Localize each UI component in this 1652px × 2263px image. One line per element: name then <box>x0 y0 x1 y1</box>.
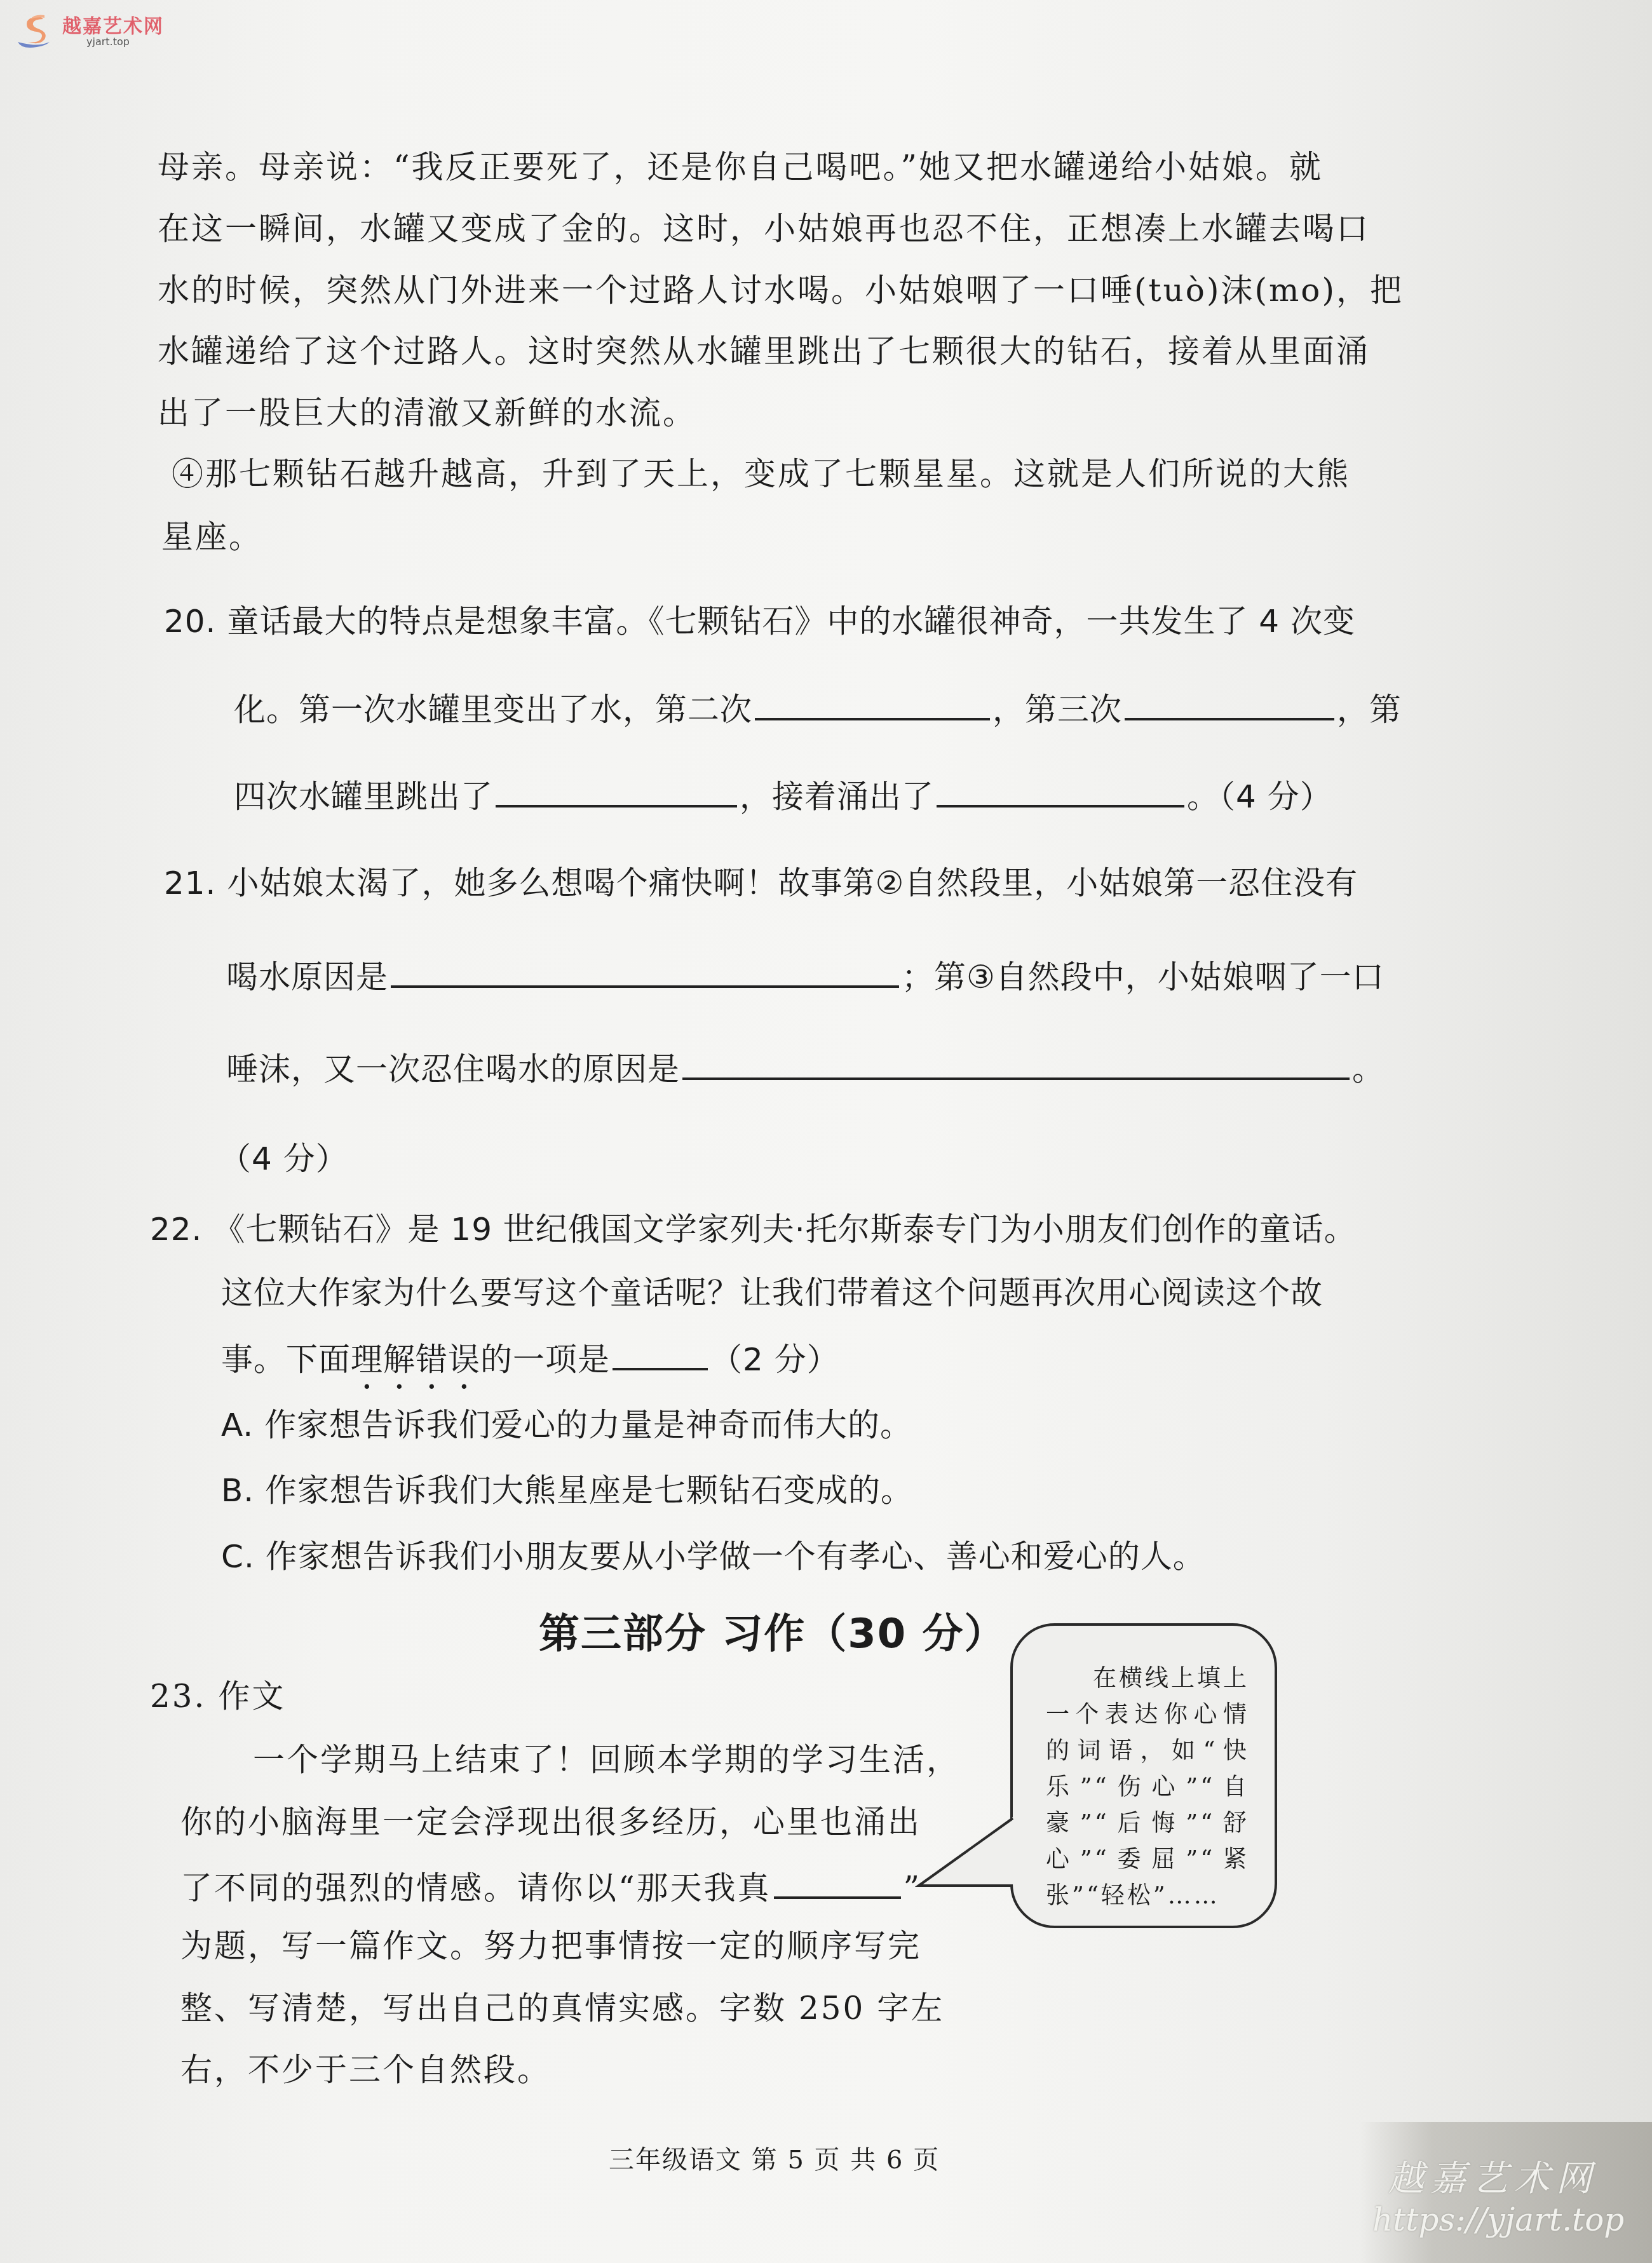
question-text: ，第三次 <box>992 691 1122 728</box>
watermark-url: https://yjart.top <box>1372 2201 1614 2238</box>
question-text: ，接着涌出了 <box>740 778 934 815</box>
question-text: 小姑娘太渴了，她多么想喝个痛快啊！故事第②自然段里，小姑娘第一忍住没有 <box>227 865 1358 902</box>
score-label: （4 分） <box>219 1140 348 1178</box>
passage-line: 在这一瞬间，水罐又变成了金的。这时，小姑娘再也忍不住，正想凑上水罐去喝口 <box>158 210 1370 248</box>
logo-domain: yjart.top <box>86 36 130 48</box>
question-text: 童话最大的特点是想象丰富。《七颗钻石》中的水罐很神奇，一共发生了 4 次变 <box>227 603 1355 640</box>
answer-blank-reason-2[interactable] <box>682 1048 1350 1080</box>
hint-speech-bubble: 在横线上填上一个表达你心情的词语，如“快乐”“伤心”“自豪”“后悔”“舒心”“委… <box>1010 1623 1277 1928</box>
prompt-line: 右，不少于三个自然段。 <box>180 2051 551 2089</box>
answer-blank-third-change[interactable] <box>1125 689 1334 720</box>
passage-line: 水的时候，突然从门外进来一个过路人讨水喝。小姑娘咽了一口唾(tuò)沫(mo)，… <box>158 271 1404 309</box>
question-number: 23. <box>150 1678 207 1715</box>
answer-blank-choice[interactable] <box>613 1339 708 1370</box>
watermark: 越嘉艺术网 https://yjart.top <box>1372 2151 1614 2238</box>
question-text: 唾沫，又一次忍住喝水的原因是 <box>226 1051 680 1088</box>
hint-text-content: 在横线上填上一个表达你心情的词语，如“快乐”“伤心”“自豪”“后悔”“舒心”“委… <box>1046 1665 1249 1909</box>
question-text: ，第 <box>1337 691 1402 728</box>
score-label: （2 分） <box>710 1341 839 1378</box>
question-text: 化。第一次水罐里变出了水，第二次 <box>234 691 752 728</box>
passage-line: 母亲。母亲说：“我反正要死了，还是你自己喝吧。”她又把水罐递给小姑娘。就 <box>158 148 1323 186</box>
question-text: 的一项是 <box>480 1341 610 1378</box>
option-label: C. <box>221 1538 255 1575</box>
question-text: 。 <box>1352 1051 1385 1088</box>
option-c[interactable]: C. 作家想告诉我们小朋友要从小学做一个有孝心、善心和爱心的人。 <box>221 1537 1205 1576</box>
passage-line: 出了一股巨大的清澈又新鲜的水流。 <box>158 394 696 432</box>
logo-swirl-icon <box>15 14 53 50</box>
watermark-name: 越嘉艺术网 <box>1372 2151 1614 2201</box>
option-label: A. <box>221 1407 254 1443</box>
question-text: ；第③自然段中，小姑娘咽了一口 <box>902 959 1385 996</box>
passage-para4-line: 星座。 <box>161 518 262 556</box>
prompt-line: 你的小脑海里一定会浮现出很多经历，心里也涌出 <box>180 1803 921 1841</box>
score-label: 。（4 分） <box>1187 778 1332 815</box>
answer-blank-title-word[interactable] <box>774 1865 901 1899</box>
prompt-line: 为题，写一篇作文。努力把事情按一定的顺序写完 <box>180 1927 921 1965</box>
option-text: 作家想告诉我们爱心的力量是神奇而伟大的。 <box>264 1407 912 1443</box>
answer-blank-second-change[interactable] <box>755 689 990 720</box>
option-text: 作家想告诉我们小朋友要从小学做一个有孝心、善心和爱心的人。 <box>266 1538 1205 1575</box>
question-number: 22. <box>150 1211 203 1248</box>
prompt-line: 了不同的强烈的情感。请你以“那天我真 <box>180 1870 771 1907</box>
option-label: B. <box>221 1472 254 1509</box>
question-number: 20. <box>164 603 217 640</box>
answer-blank-gushed-out[interactable] <box>937 776 1184 807</box>
option-a[interactable]: A. 作家想告诉我们爱心的力量是神奇而伟大的。 <box>221 1406 912 1444</box>
logo-name: 越嘉艺术网 <box>62 10 164 38</box>
question-text: 《七颗钻石》是 19 世纪俄国文学家列夫·托尔斯泰专门为小朋友们创作的童话。 <box>213 1211 1356 1248</box>
hint-text: 在横线上填上一个表达你心情的词语，如“快乐”“伤心”“自豪”“后悔”“舒心”“委… <box>1046 1660 1249 1914</box>
option-b[interactable]: B. 作家想告诉我们大熊星座是七颗钻石变成的。 <box>221 1471 913 1510</box>
question-text: 事。下面 <box>221 1341 351 1378</box>
answer-blank-jumped-out[interactable] <box>496 776 737 807</box>
speech-bubble-tail-icon <box>915 1817 1017 1893</box>
prompt-line: 一个学期马上结束了！回顾本学期的学习生活， <box>253 1741 960 1779</box>
prompt-line: 整、写清楚，写出自己的真情实感。字数 250 字左 <box>180 1989 944 2027</box>
page-footer: 三年级语文 第 5 页 共 6 页 <box>609 2140 940 2176</box>
question-text: 这位大作家为什么要写这个童话呢？让我们带着这个问题再次用心阅读这个故 <box>221 1274 1323 1312</box>
emphasized-text: 理解错误 <box>351 1341 480 1378</box>
passage-para4-line: ④那七颗钻石越升越高，升到了天上，变成了七颗星星。这就是人们所说的大熊 <box>172 455 1350 493</box>
question-text: 四次水罐里跳出了 <box>234 778 493 815</box>
question-number: 21. <box>164 865 217 902</box>
answer-blank-reason-1[interactable] <box>391 956 899 988</box>
option-text: 作家想告诉我们大熊星座是七颗钻石变成的。 <box>265 1472 913 1509</box>
passage-line: 水罐递给了这个过路人。这时突然从水罐里跳出了七颗很大的钻石，接着从里面涌 <box>158 332 1370 370</box>
site-logo: 越嘉艺术网 yjart.top <box>6 6 178 51</box>
question-text: 喝水原因是 <box>226 959 388 996</box>
question-title: 作文 <box>218 1678 285 1715</box>
section-title: 第三部分 习作（30 分） <box>539 1601 1006 1659</box>
